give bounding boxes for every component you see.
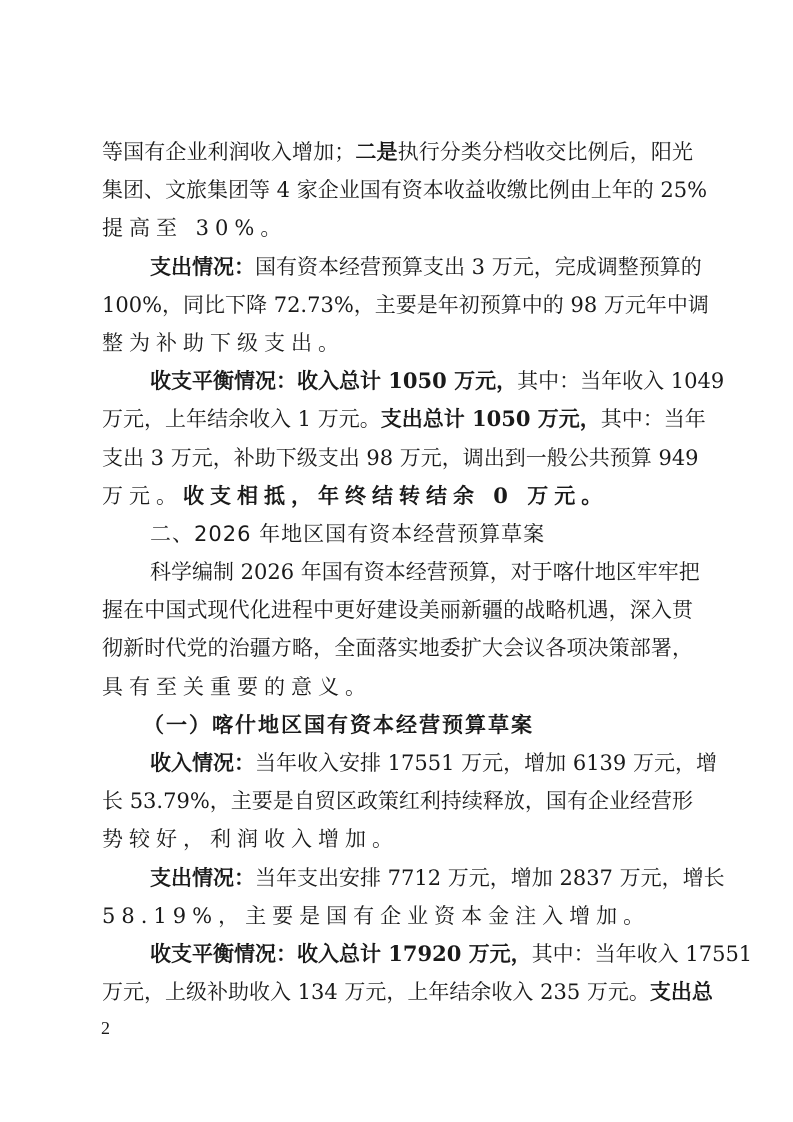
- text-run: 科学编制 2026 年国有资本经营预算，对于喀什地区牢牢把: [150, 560, 700, 584]
- bold-text-run: 支出情况：: [150, 865, 255, 890]
- bold-text-run: 收入情况：: [150, 750, 255, 775]
- text-run: 具有至关重要的意义。: [102, 675, 372, 699]
- bold-text-run: 支出情况：: [150, 254, 255, 279]
- text-run: 握在中国式现代化进程中更好建设美丽新疆的战略机遇，深入贯: [102, 598, 693, 622]
- section-heading: 二、2026 年地区国有资本经营预算草案: [102, 515, 693, 553]
- text-run: 100%，同比下降 72.73%，主要是年初预算中的 98 万元年中调: [102, 293, 709, 317]
- paragraph-line: 整为补助下级支出。: [102, 324, 693, 362]
- text-run: 万元，上年结余收入 1 万元。: [102, 407, 381, 431]
- text-run: 集团、文旅集团等 4 家企业国有资本收益收缴比例由上年的 25%: [102, 178, 707, 202]
- bold-text-run: 收支平衡情况：收入总计 1050 万元，: [150, 368, 517, 393]
- paragraph-line: 具有至关重要的意义。: [102, 668, 693, 706]
- paragraph-line: 支出情况：国有资本经营预算支出 3 万元，完成调整预算的: [102, 248, 693, 286]
- text-run: 彻新时代党的治疆方略，全面落实地委扩大会议各项决策部署，: [102, 636, 693, 660]
- paragraph-line: 万元。收支相抵，年终结转结余 0 万元。: [102, 477, 693, 515]
- bold-text-run: 收支相抵，年终结转结余 0 万元。: [183, 483, 608, 508]
- text-run: 提高至 30%。: [102, 216, 287, 240]
- paragraph-line: 万元，上年结余收入 1 万元。支出总计 1050 万元，其中：当年: [102, 400, 693, 438]
- paragraph-line: 势较好，利润收入增加。: [102, 820, 693, 858]
- bold-text-run: 支出总: [650, 979, 713, 1004]
- paragraph-line: 万元，上级补助收入 134 万元，上年结余收入 235 万元。支出总: [102, 973, 693, 1011]
- text-run: 长 53.79%，主要是自贸区政策红利持续释放，国有企业经营形: [102, 789, 693, 813]
- paragraph-line: 支出情况：当年支出安排 7712 万元，增加 2837 万元，增长: [102, 859, 693, 897]
- bold-text-run: 二是: [355, 139, 397, 164]
- paragraph-line: 支出 3 万元，补助下级支出 98 万元，调出到一般公共预算 949: [102, 439, 693, 477]
- text-run: 当年支出安排 7712 万元，增加 2837 万元，增长: [255, 866, 725, 890]
- document-page: 等国有企业利润收入增加；二是执行分类分档收交比例后，阳光 集团、文旅集团等 4 …: [0, 0, 793, 1122]
- text-run: 国有资本经营预算支出 3 万元，完成调整预算的: [255, 255, 702, 279]
- paragraph-line: 等国有企业利润收入增加；二是执行分类分档收交比例后，阳光: [102, 133, 693, 171]
- paragraph-line: 彻新时代党的治疆方略，全面落实地委扩大会议各项决策部署，: [102, 629, 693, 667]
- bold-text-run: 支出总计 1050 万元，: [381, 406, 601, 431]
- text-run: 58.19%，主要是国有企业资本金注入增加。: [102, 904, 650, 928]
- paragraph-line: 握在中国式现代化进程中更好建设美丽新疆的战略机遇，深入贯: [102, 591, 693, 629]
- paragraph-line: 集团、文旅集团等 4 家企业国有资本收益收缴比例由上年的 25%: [102, 171, 693, 209]
- text-run: 其中：当年收入 1049: [517, 369, 724, 393]
- paragraph-line: 100%，同比下降 72.73%，主要是年初预算中的 98 万元年中调: [102, 286, 693, 324]
- paragraph-line: 科学编制 2026 年国有资本经营预算，对于喀什地区牢牢把: [102, 553, 693, 591]
- text-run: 势较好，利润收入增加。: [102, 827, 399, 851]
- text-run: 当年收入安排 17551 万元，增加 6139 万元，增: [255, 751, 717, 775]
- paragraph-line: 58.19%，主要是国有企业资本金注入增加。: [102, 897, 693, 935]
- text-run: 其中：当年收入 17551: [532, 942, 752, 966]
- text-run: 等国有企业利润收入增加；: [102, 140, 355, 164]
- bold-text-run: 收支平衡情况：收入总计 17920 万元，: [150, 941, 532, 966]
- text-run: 万元，上级补助收入 134 万元，上年结余收入 235 万元。: [102, 980, 650, 1004]
- text-run: 万元。: [102, 484, 183, 508]
- text-run: 执行分类分档收交比例后，阳光: [398, 140, 693, 164]
- paragraph-line: 收入情况：当年收入安排 17551 万元，增加 6139 万元，增: [102, 744, 693, 782]
- document-body: 等国有企业利润收入增加；二是执行分类分档收交比例后，阳光 集团、文旅集团等 4 …: [102, 133, 693, 1011]
- text-run: 其中：当年: [601, 407, 706, 431]
- text-run: 整为补助下级支出。: [102, 331, 345, 355]
- paragraph-line: 收支平衡情况：收入总计 1050 万元，其中：当年收入 1049: [102, 362, 693, 400]
- text-run: 支出 3 万元，补助下级支出 98 万元，调出到一般公共预算 949: [102, 446, 699, 470]
- paragraph-line: 长 53.79%，主要是自贸区政策红利持续释放，国有企业经营形: [102, 782, 693, 820]
- subsection-heading: （一）喀什地区国有资本经营预算草案: [102, 706, 693, 744]
- paragraph-line: 提高至 30%。: [102, 209, 693, 247]
- page-number: 2: [101, 1018, 110, 1039]
- paragraph-line: 收支平衡情况：收入总计 17920 万元，其中：当年收入 17551: [102, 935, 693, 973]
